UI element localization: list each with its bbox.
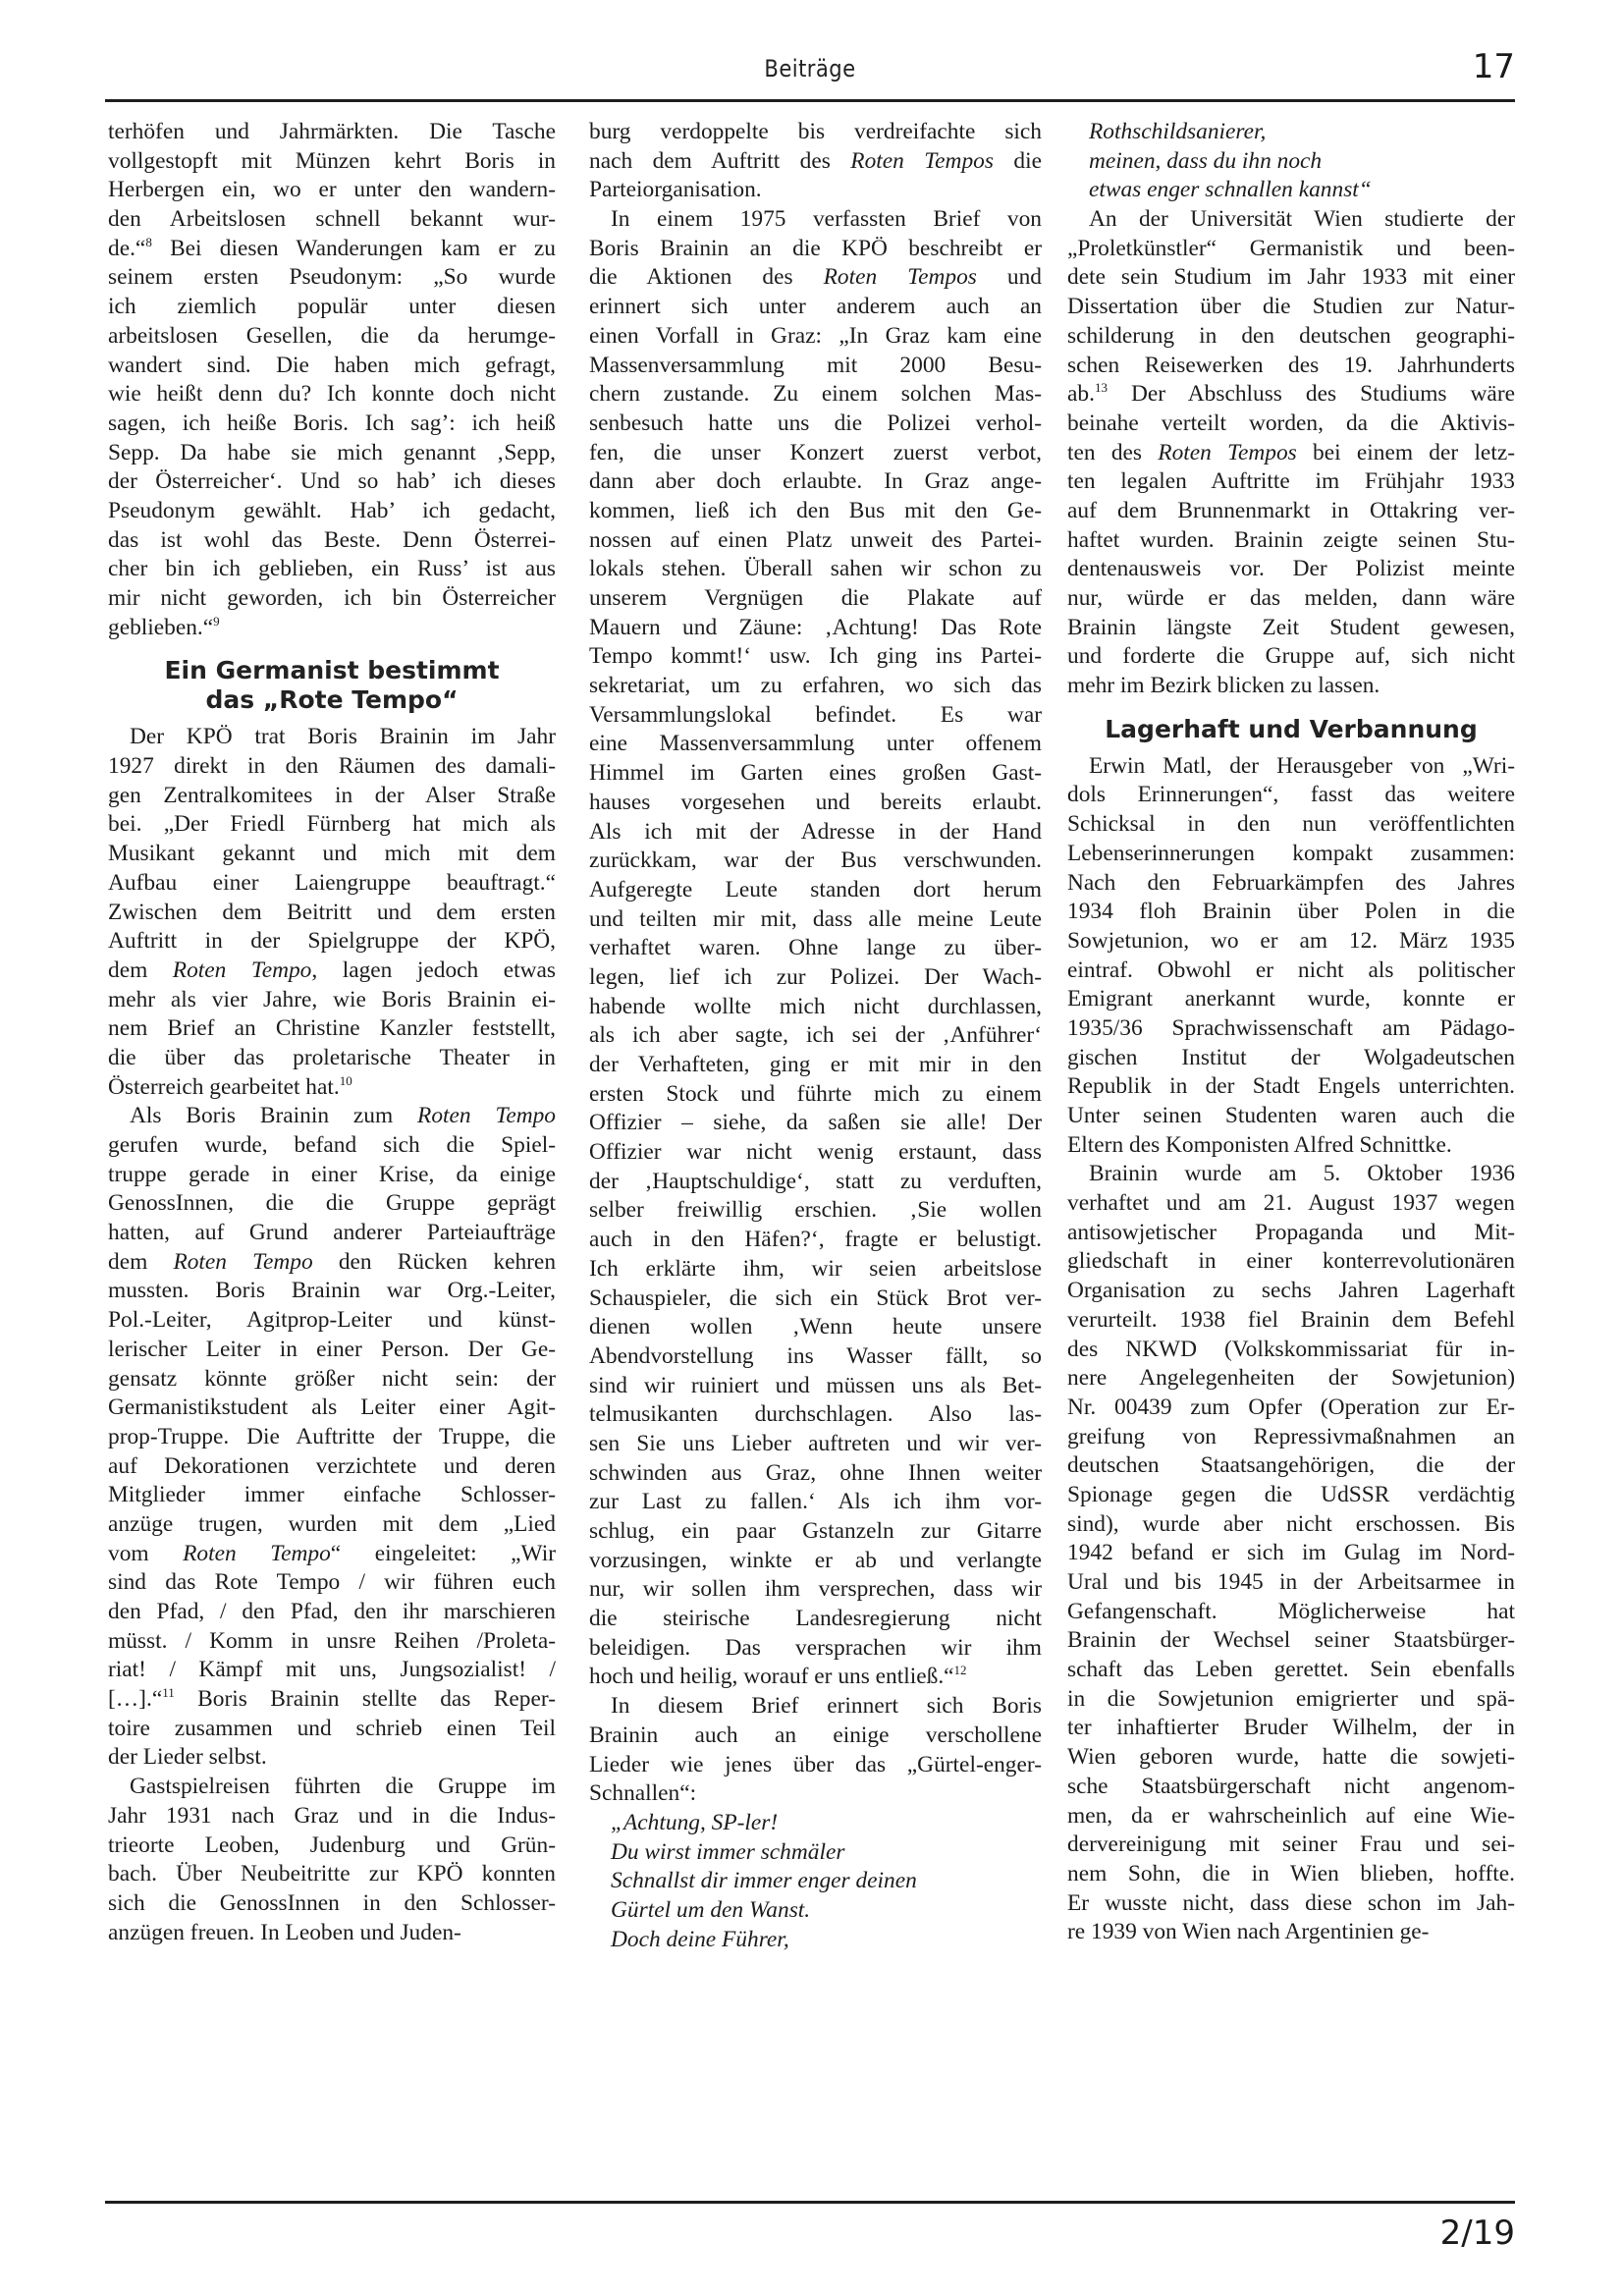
text-line: ter inhaftierter Bruder Wilhelm, der in [1067, 1714, 1515, 1743]
text-line: Massenversammlung mit 2000 Besu- [589, 352, 1042, 381]
text-line: gerufen wurde, befand sich die Spiel- [108, 1131, 556, 1161]
text-line: habende wollte mich nicht durchlassen, [589, 993, 1042, 1022]
text-line: Mitglieder immer einfache Schlosser- [108, 1481, 556, 1510]
text-line: Lieder wie jenes über das „Gürtel-enger- [589, 1751, 1042, 1780]
text-line: riat! / Kämpf mit uns, Jungsozialist! / [108, 1656, 556, 1685]
text-line: Der KPÖ trat Boris Brainin im Jahr [108, 723, 556, 752]
text-line: Musikant gekannt und mich mit dem [108, 840, 556, 869]
verse-line: Gürtel um den Wanst. [589, 1896, 1042, 1926]
text-line: selber freiwillig erschien. ‚Sie wollen [589, 1196, 1042, 1226]
text-line: „Proletkünstler“ Germanistik und been- [1067, 235, 1515, 264]
paragraph: In diesem Brief erinnert sich BorisBrain… [589, 1692, 1042, 1809]
footer-rule [105, 2201, 1515, 2204]
text-line: nem Brief an Christine Kanzler feststell… [108, 1014, 556, 1044]
text-line: An der Universität Wien studierte der [1067, 205, 1515, 235]
text-line: senbesuch hatte uns die Polizei verhol- [589, 410, 1042, 439]
text-line: Unter seinen Studenten waren auch die [1067, 1102, 1515, 1131]
text-line: verurteilt. 1938 fiel Brainin dem Befehl [1067, 1306, 1515, 1336]
text-line: gischen Institut der Wolgadeutschen [1067, 1044, 1515, 1073]
text-line: dem Roten Tempo, lagen jedoch etwas [108, 957, 556, 986]
text-line: dienen wollen ‚Wenn heute unsere [589, 1313, 1042, 1342]
text-line: zur Last zu fallen.‘ Als ich ihm vor- [589, 1488, 1042, 1517]
paragraph: In einem 1975 verfassten Brief vonBoris … [589, 205, 1042, 1692]
text-line: nossen auf einen Platz unweit des Partei… [589, 526, 1042, 556]
text-line: dete sein Studium im Jahr 1933 mit einer [1067, 263, 1515, 293]
text-line: mir nicht geworden, ich bin Österreicher [108, 584, 556, 614]
text-line: nere Angelegenheiten der Sowjetunion) [1067, 1364, 1515, 1394]
italic-title: Roten Tempo [173, 957, 312, 983]
text-line: Jahr 1931 nach Graz und in die Indus- [108, 1802, 556, 1831]
text-line: ich ziemlich populär unter diesen [108, 293, 556, 322]
text-line: In einem 1975 verfassten Brief von [589, 205, 1042, 235]
text-line: Eltern des Komponisten Alfred Schnittke. [1067, 1131, 1515, 1161]
italic-title: Roten Tempos [1158, 440, 1296, 465]
text-line: eine Massenversammlung unter offenem [589, 730, 1042, 759]
text-line: den Pfad, / den Pfad, den ihr marschiere… [108, 1598, 556, 1627]
text-line: müsst. / Komm in unsre Reihen /Proleta- [108, 1627, 556, 1657]
text-line: zurückkam, war der Bus verschwunden. [589, 847, 1042, 876]
text-line: 1935/36 Sprachwissenschaft am Pädago- [1067, 1014, 1515, 1044]
italic-title: Roten Tempo [417, 1103, 556, 1128]
footnote-ref: 12 [954, 1663, 967, 1677]
text-line: nur, würde er das melden, dann wäre [1067, 584, 1515, 614]
text-line: legen, lief ich zur Polizei. Der Wach- [589, 963, 1042, 993]
text-line: Brainin längste Zeit Student gewesen, [1067, 614, 1515, 643]
text-line: telmusikanten durchschlagen. Also las- [589, 1400, 1042, 1430]
text-line: eintraf. Obwohl er nicht als politischer [1067, 957, 1515, 986]
text-line: trieorte Leoben, Judenburg und Grün- [108, 1831, 556, 1861]
text-line: Schauspieler, die sich ein Stück Brot ve… [589, 1285, 1042, 1314]
paragraph: Der KPÖ trat Boris Brainin im Jahr1927 d… [108, 723, 556, 1102]
text-line: Versammlungslokal befindet. Es war [589, 701, 1042, 731]
text-column-1: terhöfen und Jahrmärkten. Die Taschevoll… [108, 118, 556, 1947]
verse-line: meinen, dass du ihn noch [1067, 147, 1515, 177]
text-line: sind das Rote Tempo / wir führen euch [108, 1568, 556, 1598]
text-line: Sowjetunion, wo er am 12. März 1935 [1067, 927, 1515, 957]
text-line: schlug, ein paar Gstanzeln zur Gitarre [589, 1517, 1042, 1547]
text-line: den Arbeitslosen schnell bekannt wur- [108, 205, 556, 235]
text-line: beleidigen. Das versprachen wir ihm [589, 1634, 1042, 1664]
text-line: de.“8 Bei diesen Wanderungen kam er zu [108, 235, 556, 264]
text-line: hauses vorgesehen und bereits erlaubt. [589, 789, 1042, 818]
text-line: Als ich mit der Adresse in der Hand [589, 818, 1042, 847]
text-line: Zwischen dem Beitritt und dem ersten [108, 899, 556, 928]
text-line: die Aktionen des Roten Tempos und [589, 263, 1042, 293]
text-line: […].“11 Boris Brainin stellte das Reper- [108, 1685, 556, 1715]
text-line: auf dem Brunnenmarkt in Ottakring ver- [1067, 497, 1515, 526]
text-line: toire zusammen und schrieb einen Teil [108, 1715, 556, 1744]
text-line: der Österreicher‘. Und so hab’ ich diese… [108, 467, 556, 497]
text-line: arbeitslosen Gesellen, die da herumge- [108, 322, 556, 352]
text-line: nur, wir sollen ihm versprechen, dass wi… [589, 1575, 1042, 1605]
text-line: verhaftet und am 21. August 1937 wegen [1067, 1189, 1515, 1219]
text-line: hatten, auf Grund anderer Parteiaufträge [108, 1219, 556, 1248]
text-line: Als Boris Brainin zum Roten Tempo [108, 1102, 556, 1131]
text-line: beinahe verteilt worden, da die Aktivis- [1067, 410, 1515, 439]
text-line: Dissertation über die Studien zur Natur- [1067, 293, 1515, 322]
text-column-2: burg verdoppelte bis verdreifachte sichn… [589, 118, 1042, 1954]
text-line: sekretariat, um zu erfahren, wo sich das [589, 672, 1042, 701]
running-head: Beiträge [189, 55, 1431, 82]
text-line: vollgestopft mit Münzen kehrt Boris in [108, 147, 556, 177]
text-line: burg verdoppelte bis verdreifachte sich [589, 118, 1042, 147]
text-line: bach. Über Neubeitritte zur KPÖ konnten [108, 1860, 556, 1889]
footnote-ref: 8 [145, 235, 152, 249]
text-line: Organisation zu sechs Jahren Lagerhaft [1067, 1277, 1515, 1306]
footnote-ref: 11 [162, 1685, 175, 1700]
text-line: Erwin Matl, der Herausgeber von „Wri- [1067, 752, 1515, 782]
text-line: gliedschaft in einer konterrevolutionäre… [1067, 1247, 1515, 1277]
text-line: Lebenserinnerungen kompakt zusammen: [1067, 840, 1515, 869]
text-line: Aufgeregte Leute standen dort herum [589, 876, 1042, 905]
text-line: Offizier – siehe, da saßen sie alle! Der [589, 1109, 1042, 1138]
text-line: Ich erklärte ihm, wir seien arbeitslose [589, 1255, 1042, 1285]
italic-title: Roten Tempo [173, 1249, 312, 1275]
text-line: Pol.-Leiter, Agitprop-Leiter und künst- [108, 1306, 556, 1336]
verse-block: „Achtung, SP-ler!Du wirst immer schmäler… [589, 1809, 1042, 1954]
text-line: ten des Roten Tempos bei einem der letz- [1067, 439, 1515, 468]
text-line: Nach den Februarkämpfen des Jahres [1067, 869, 1515, 899]
text-line: 1942 befand er sich im Gulag im Nord- [1067, 1539, 1515, 1568]
text-line: einen Vorfall in Graz: „In Graz kam eine [589, 322, 1042, 352]
text-line: als ich aber sagte, ich sei der ‚Anführe… [589, 1021, 1042, 1051]
text-line: vom Roten Tempo“ eingeleitet: „Wir [108, 1540, 556, 1569]
text-line: wandert sind. Die haben mich gefragt, [108, 352, 556, 381]
text-line: ab.13 Der Abschluss des Studiums wäre [1067, 380, 1515, 410]
text-line: gen Zentralkomitees in der Alser Straße [108, 782, 556, 811]
text-line: Parteiorganisation. [589, 176, 1042, 205]
text-line: Österreich gearbeitet hat.10 [108, 1073, 556, 1103]
issue-number: 2/19 [1440, 2214, 1515, 2253]
text-line: bei. „Der Friedl Fürnberg hat mich als [108, 810, 556, 840]
text-line: re 1939 von Wien nach Argentinien ge- [1067, 1918, 1515, 1947]
header-rule [105, 99, 1515, 102]
text-line: der Verhafteten, ging er mit mir in den [589, 1051, 1042, 1080]
page-header: Beiträge 17 [105, 47, 1515, 102]
text-line: mehr als vier Jahre, wie Boris Brainin e… [108, 986, 556, 1015]
text-line: wie heißt denn du? Ich konnte doch nicht [108, 380, 556, 410]
footnote-ref: 13 [1095, 380, 1108, 395]
text-line: dervereinigung mit seiner Frau und sei- [1067, 1831, 1515, 1860]
paragraph: Erwin Matl, der Herausgeber von „Wri-dol… [1067, 752, 1515, 1161]
text-line: greifung von Repressivmaßnahmen an [1067, 1423, 1515, 1452]
text-line: lokals stehen. Überall sahen wir schon z… [589, 555, 1042, 584]
text-line: lerischer Leiter in einer Person. Der Ge… [108, 1336, 556, 1365]
text-line: sind), wurde aber nicht erschossen. Bis [1067, 1510, 1515, 1540]
text-line: Mauern und Zäune: ‚Achtung! Das Rote [589, 614, 1042, 643]
verse-line: Rothschildsanierer, [1067, 118, 1515, 147]
text-line: prop-Truppe. Die Auftritte der Truppe, d… [108, 1423, 556, 1452]
footnote-ref: 9 [213, 614, 220, 629]
paragraph: burg verdoppelte bis verdreifachte sichn… [589, 118, 1042, 205]
verse-block: Rothschildsanierer,meinen, dass du ihn n… [1067, 118, 1515, 205]
text-line: und forderte die Gruppe auf, sich nicht [1067, 642, 1515, 672]
text-line: dols Erinnerungen“, fasst das weitere [1067, 781, 1515, 810]
text-line: Himmel im Garten eines großen Gast- [589, 759, 1042, 789]
text-line: kommen, ließ ich den Bus mit den Ge- [589, 497, 1042, 526]
italic-title: Roten Tempos [824, 264, 977, 290]
italic-title: Roten Tempo [183, 1541, 331, 1566]
text-line: das ist wohl das Beste. Denn Österrei- [108, 526, 556, 556]
page-number: 17 [1473, 47, 1515, 86]
verse-line: Schnallst dir immer enger deinen [589, 1867, 1042, 1896]
text-line: Brainin auch an einige verschollene [589, 1722, 1042, 1751]
text-line: truppe gerade in einer Krise, da einige [108, 1161, 556, 1190]
text-line: Spionage gegen die UdSSR verdächtig [1067, 1481, 1515, 1510]
text-line: sich die GenossInnen in den Schlosser- [108, 1889, 556, 1919]
paragraph: Als Boris Brainin zum Roten Tempogerufen… [108, 1102, 556, 1773]
text-line: Herbergen ein, wo er unter den wandern- [108, 176, 556, 205]
text-line: mehr im Bezirk blicken zu lassen. [1067, 672, 1515, 701]
verse-line: „Achtung, SP-ler! [589, 1809, 1042, 1838]
text-line: Germanistikstudent als Leiter einer Agit… [108, 1394, 556, 1423]
section-heading: Lagerhaft und Verbannung [1067, 715, 1515, 744]
text-line: sen Sie uns Lieber auftreten und wir ver… [589, 1430, 1042, 1459]
text-line: erinnert sich unter anderem auch an [589, 293, 1042, 322]
text-line: Er wusste nicht, dass diese schon im Jah… [1067, 1889, 1515, 1919]
text-line: deutschen Staatsangehörigen, die der [1067, 1451, 1515, 1481]
text-line: die steirische Landesregierung nicht [589, 1605, 1042, 1634]
text-column-3: Rothschildsanierer,meinen, dass du ihn n… [1067, 118, 1515, 1947]
text-line: dem Roten Tempo den Rücken kehren [108, 1248, 556, 1278]
text-line: Pseudonym gewählt. Hab’ ich gedacht, [108, 497, 556, 526]
verse-line: etwas enger schnallen kannst“ [1067, 176, 1515, 205]
text-line: schilderung in den deutschen geographi- [1067, 322, 1515, 352]
text-line: hoch und heilig, worauf er uns entließ.“… [589, 1663, 1042, 1692]
text-line: schaft das Leben gerettet. Sein ebenfall… [1067, 1656, 1515, 1685]
text-line: des NKWD (Volkskommissariat für in- [1067, 1336, 1515, 1365]
text-line: sind wir ruiniert und müssen uns als Bet… [589, 1372, 1042, 1401]
text-line: auch in den Häfen?‘, fragte er belustigt… [589, 1226, 1042, 1255]
text-line: Ural und bis 1945 in der Arbeitsarmee in [1067, 1568, 1515, 1598]
text-line: antisowjetischer Propaganda und Mit- [1067, 1219, 1515, 1248]
text-line: terhöfen und Jahrmärkten. Die Tasche [108, 118, 556, 147]
text-line: seinem ersten Pseudonym: „So wurde [108, 263, 556, 293]
text-line: fen, die unser Konzert zuerst verbot, [589, 439, 1042, 468]
text-line: In diesem Brief erinnert sich Boris [589, 1692, 1042, 1722]
text-line: und teilten mir mit, dass alle meine Leu… [589, 905, 1042, 935]
text-line: cher bin ich geblieben, ein Russ’ ist au… [108, 555, 556, 584]
text-line: Auftritt in der Spielgruppe der KPÖ, [108, 927, 556, 957]
text-line: der Lieder selbst. [108, 1743, 556, 1773]
paragraph: terhöfen und Jahrmärkten. Die Taschevoll… [108, 118, 556, 642]
text-line: Gastspielreisen führten die Gruppe im [108, 1773, 556, 1802]
text-line: schen Reisewerken des 19. Jahrhunderts [1067, 352, 1515, 381]
text-line: die über das proletarische Theater in [108, 1044, 556, 1073]
text-line: ten legalen Auftritte im Frühjahr 1933 [1067, 467, 1515, 497]
section-heading: Ein Germanist bestimmtdas „Rote Tempo“ [108, 656, 556, 715]
text-line: gensatz könnte größer nicht sein: der [108, 1365, 556, 1394]
text-line: anzügen freuen. In Leoben und Juden- [108, 1919, 556, 1948]
text-line: mussten. Boris Brainin war Org.-Leiter, [108, 1277, 556, 1306]
text-line: Sepp. Da habe sie mich genannt ‚Sepp, [108, 439, 556, 468]
text-line: verhaftet waren. Ohne lange zu über- [589, 934, 1042, 963]
text-line: nach dem Auftritt des Roten Tempos die [589, 147, 1042, 177]
text-line: Boris Brainin an die KPÖ beschreibt er [589, 235, 1042, 264]
text-line: haftet wurden. Brainin zeigte seinen Stu… [1067, 526, 1515, 556]
text-line: vorzusingen, winkte er ab und verlangte [589, 1547, 1042, 1576]
italic-title: Roten Tempos [850, 148, 994, 174]
footnote-ref: 10 [340, 1073, 352, 1088]
text-line: Emigrant anerkannt wurde, konnte er [1067, 985, 1515, 1014]
paragraph: An der Universität Wien studierte der„Pr… [1067, 205, 1515, 701]
text-line: unserem Vergnügen die Plakate auf [589, 584, 1042, 614]
text-line: dann aber doch erlaubte. In Graz ange- [589, 467, 1042, 497]
text-line: geblieben.“9 [108, 614, 556, 643]
text-line: Tempo kommt!‘ usw. Ich ging ins Partei- [589, 642, 1042, 672]
paragraph: Brainin wurde am 5. Oktober 1936verhafte… [1067, 1160, 1515, 1947]
text-line: nem Sohn, die in Wien blieben, hoffte. [1067, 1860, 1515, 1889]
text-line: GenossInnen, die die Gruppe geprägt [108, 1189, 556, 1219]
paragraph: Gastspielreisen führten die Gruppe imJah… [108, 1773, 556, 1947]
text-line: Wien geboren wurde, hatte die sowjeti- [1067, 1743, 1515, 1773]
text-line: anzüge trugen, wurden mit dem „Lied [108, 1510, 556, 1540]
text-line: schwinden aus Graz, ohne Ihnen weiter [589, 1459, 1042, 1489]
text-line: Gefangenschaft. Möglicherweise hat [1067, 1598, 1515, 1627]
text-line: Abendvorstellung ins Wasser fällt, so [589, 1342, 1042, 1372]
text-line: Schnallen“: [589, 1779, 1042, 1809]
text-line: 1934 floh Brainin über Polen in die [1067, 898, 1515, 927]
text-line: men, da er wahrscheinlich auf eine Wie- [1067, 1802, 1515, 1831]
text-line: ersten Stock und führte mich zu einem [589, 1080, 1042, 1110]
text-line: Republik in der Stadt Engels unterrichte… [1067, 1072, 1515, 1102]
text-line: Brainin wurde am 5. Oktober 1936 [1067, 1160, 1515, 1189]
verse-line: Doch deine Führer, [589, 1926, 1042, 1955]
text-line: Nr. 00439 zum Opfer (Operation zur Er- [1067, 1394, 1515, 1423]
text-line: sche Staatsbürgerschaft nicht angenom- [1067, 1773, 1515, 1802]
text-line: auf Dekorationen verzichtete und deren [108, 1452, 556, 1482]
text-line: 1927 direkt in den Räumen des damali- [108, 752, 556, 782]
text-line: Schicksal in den nun veröffentlichten [1067, 810, 1515, 840]
text-line: Brainin der Wechsel seiner Staatsbürger- [1067, 1626, 1515, 1656]
text-line: der ‚Hauptschuldige‘, statt zu verduften… [589, 1168, 1042, 1197]
text-line: Offizier war nicht wenig erstaunt, dass [589, 1138, 1042, 1168]
text-line: dentenausweis vor. Der Polizist meinte [1067, 555, 1515, 584]
text-line: in die Sowjetunion emigrierter und spä- [1067, 1685, 1515, 1715]
text-line: Aufbau einer Laiengruppe beauftragt.“ [108, 869, 556, 899]
text-line: sagen, ich heiße Boris. Ich sag’: ich he… [108, 410, 556, 439]
verse-line: Du wirst immer schmäler [589, 1838, 1042, 1868]
text-line: chern zustande. Zu einem solchen Mas- [589, 380, 1042, 410]
